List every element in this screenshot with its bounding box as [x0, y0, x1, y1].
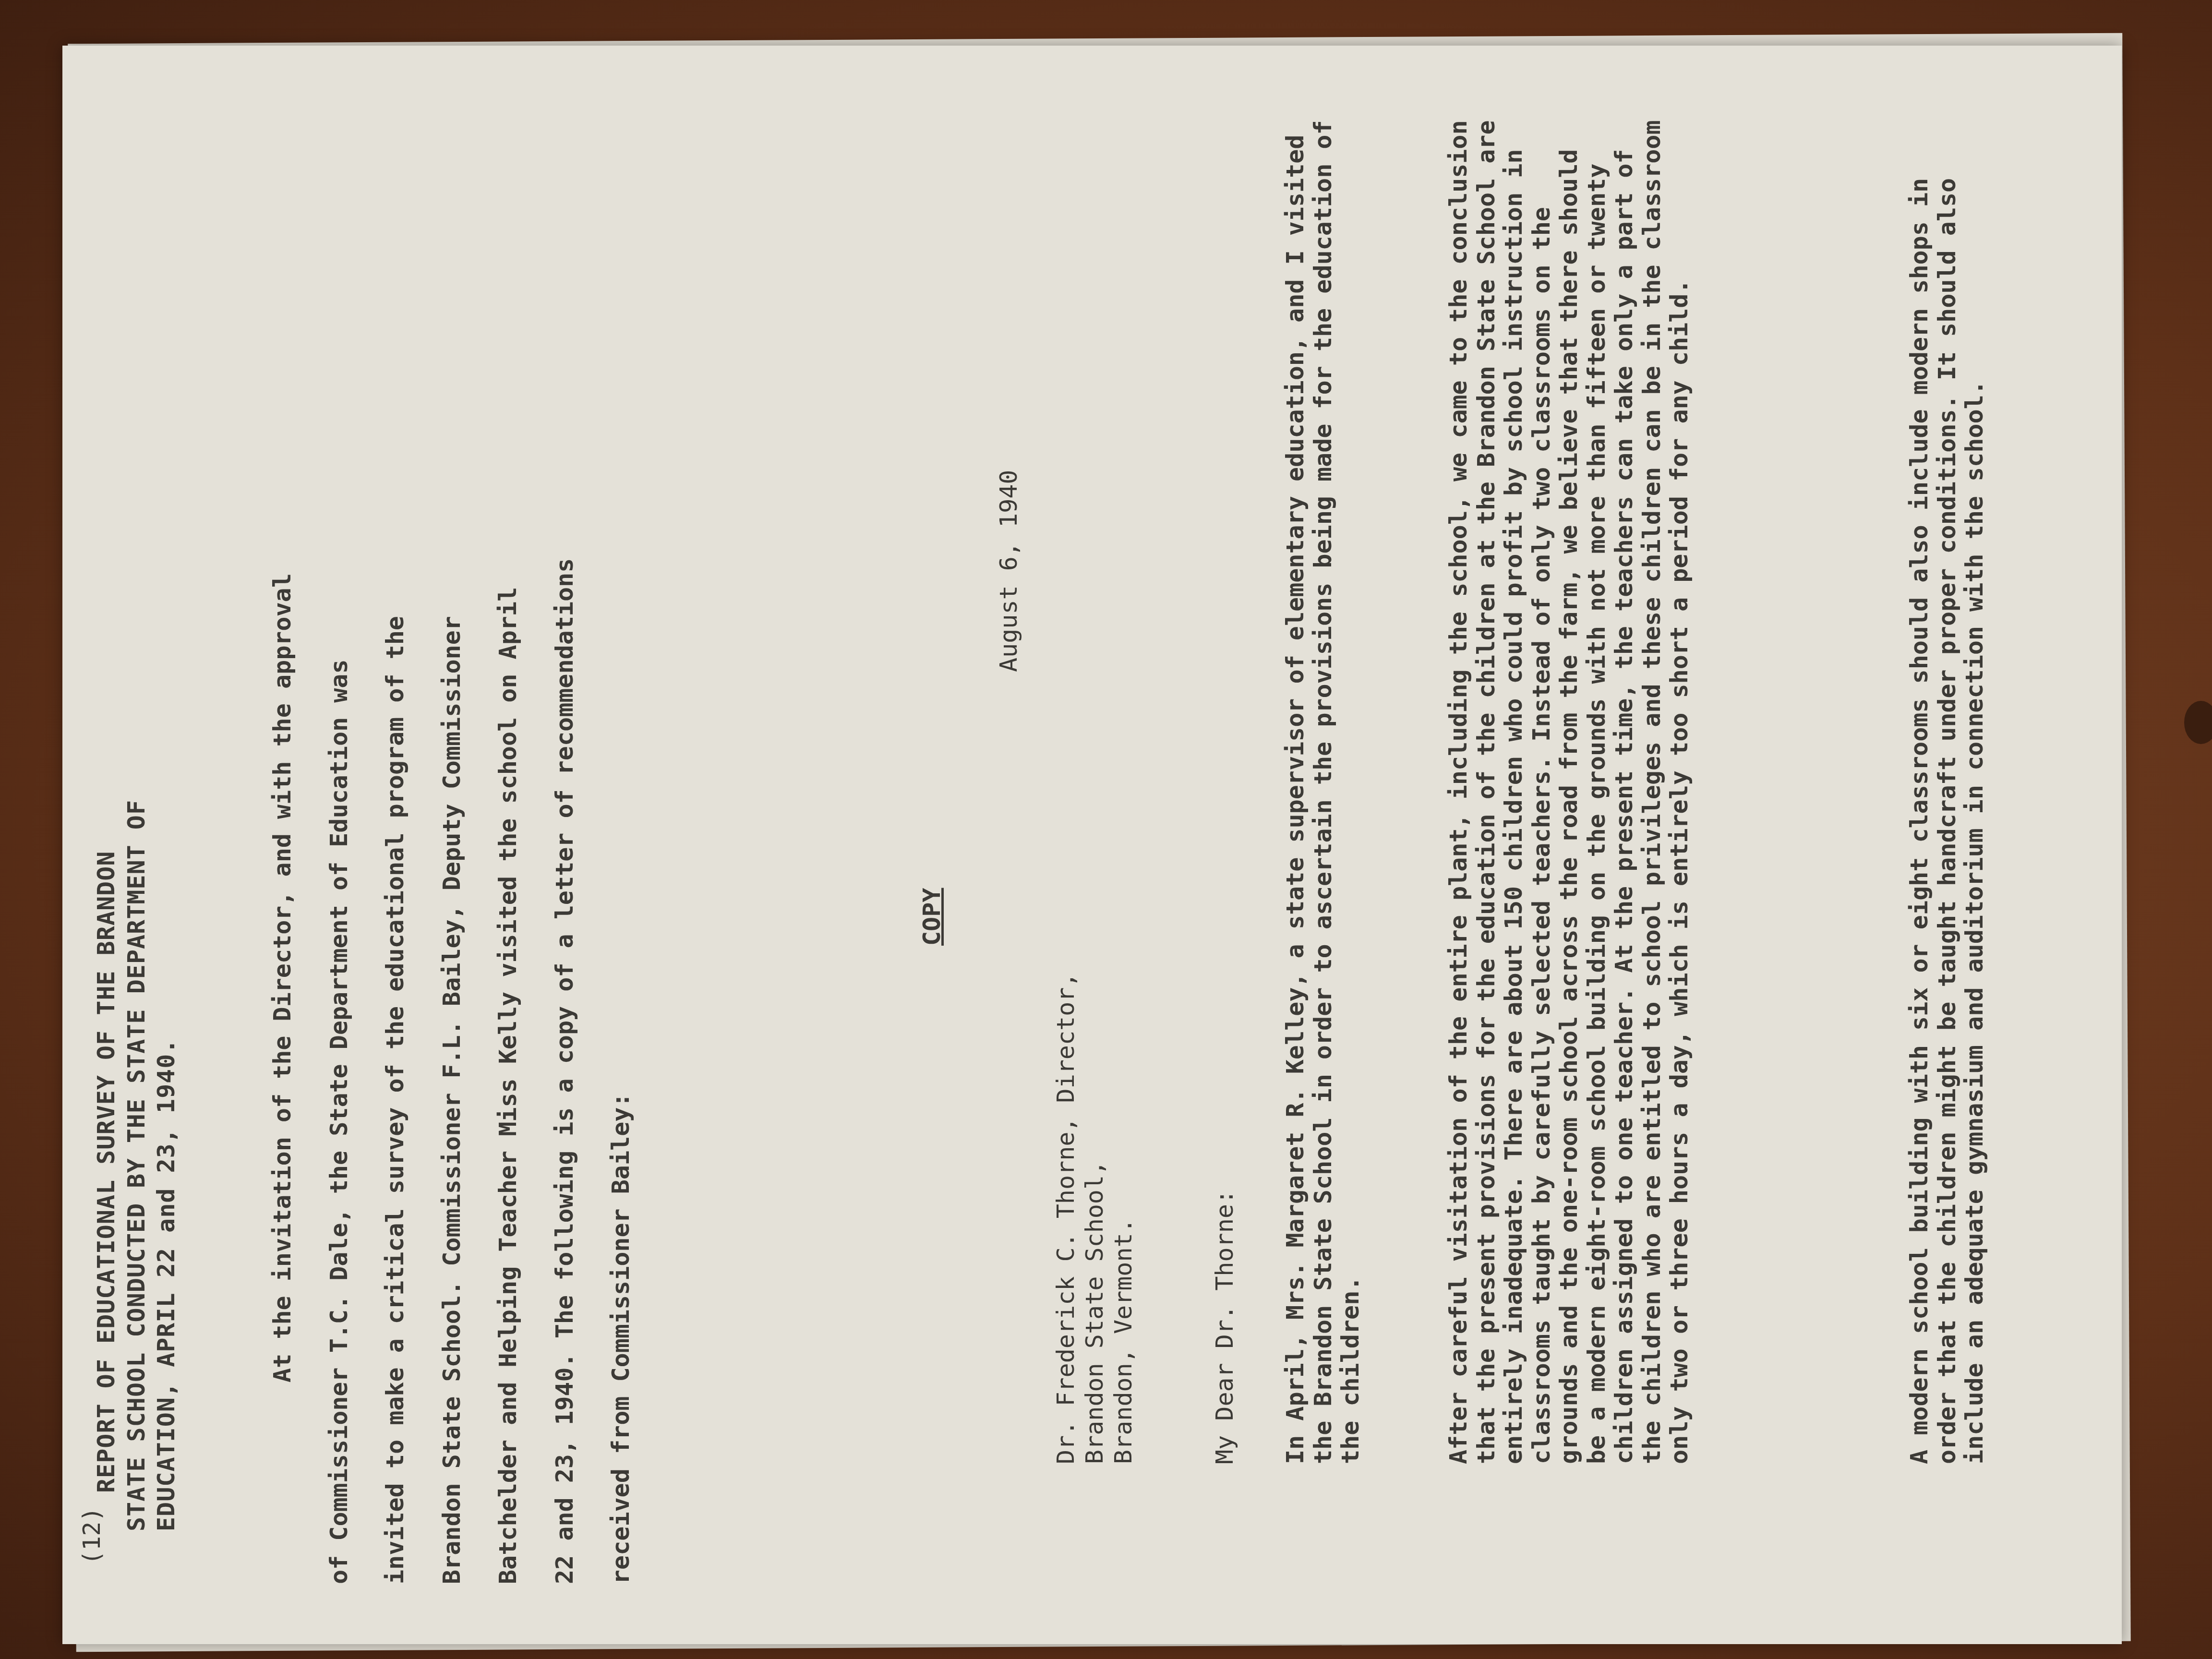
copy-heading: COPY — [917, 888, 947, 946]
letter-address: Dr. Frederick C. Thorne, Director, Brand… — [1051, 973, 1138, 1465]
letter-date: August 6, 1940 — [994, 470, 1024, 672]
punch-hole — [2184, 701, 2212, 744]
letter-paragraph: A modern school building with six or eig… — [1906, 120, 1989, 1464]
letter-paragraph: After careful visitation of the entire p… — [1445, 120, 1694, 1464]
intro-paragraph: At the invitation of the Director, and w… — [254, 96, 649, 1584]
report-title: REPORT OF EDUCATIONAL SURVEY OF THE BRAN… — [91, 800, 181, 1531]
typewritten-content: (12) REPORT OF EDUCATIONAL SURVEY OF THE… — [72, 48, 2088, 1584]
salutation: My Dear Dr. Thorne: — [1210, 1190, 1240, 1464]
letter-paragraph: In April, Mrs. Margaret R. Kelley, a sta… — [1282, 120, 1365, 1464]
